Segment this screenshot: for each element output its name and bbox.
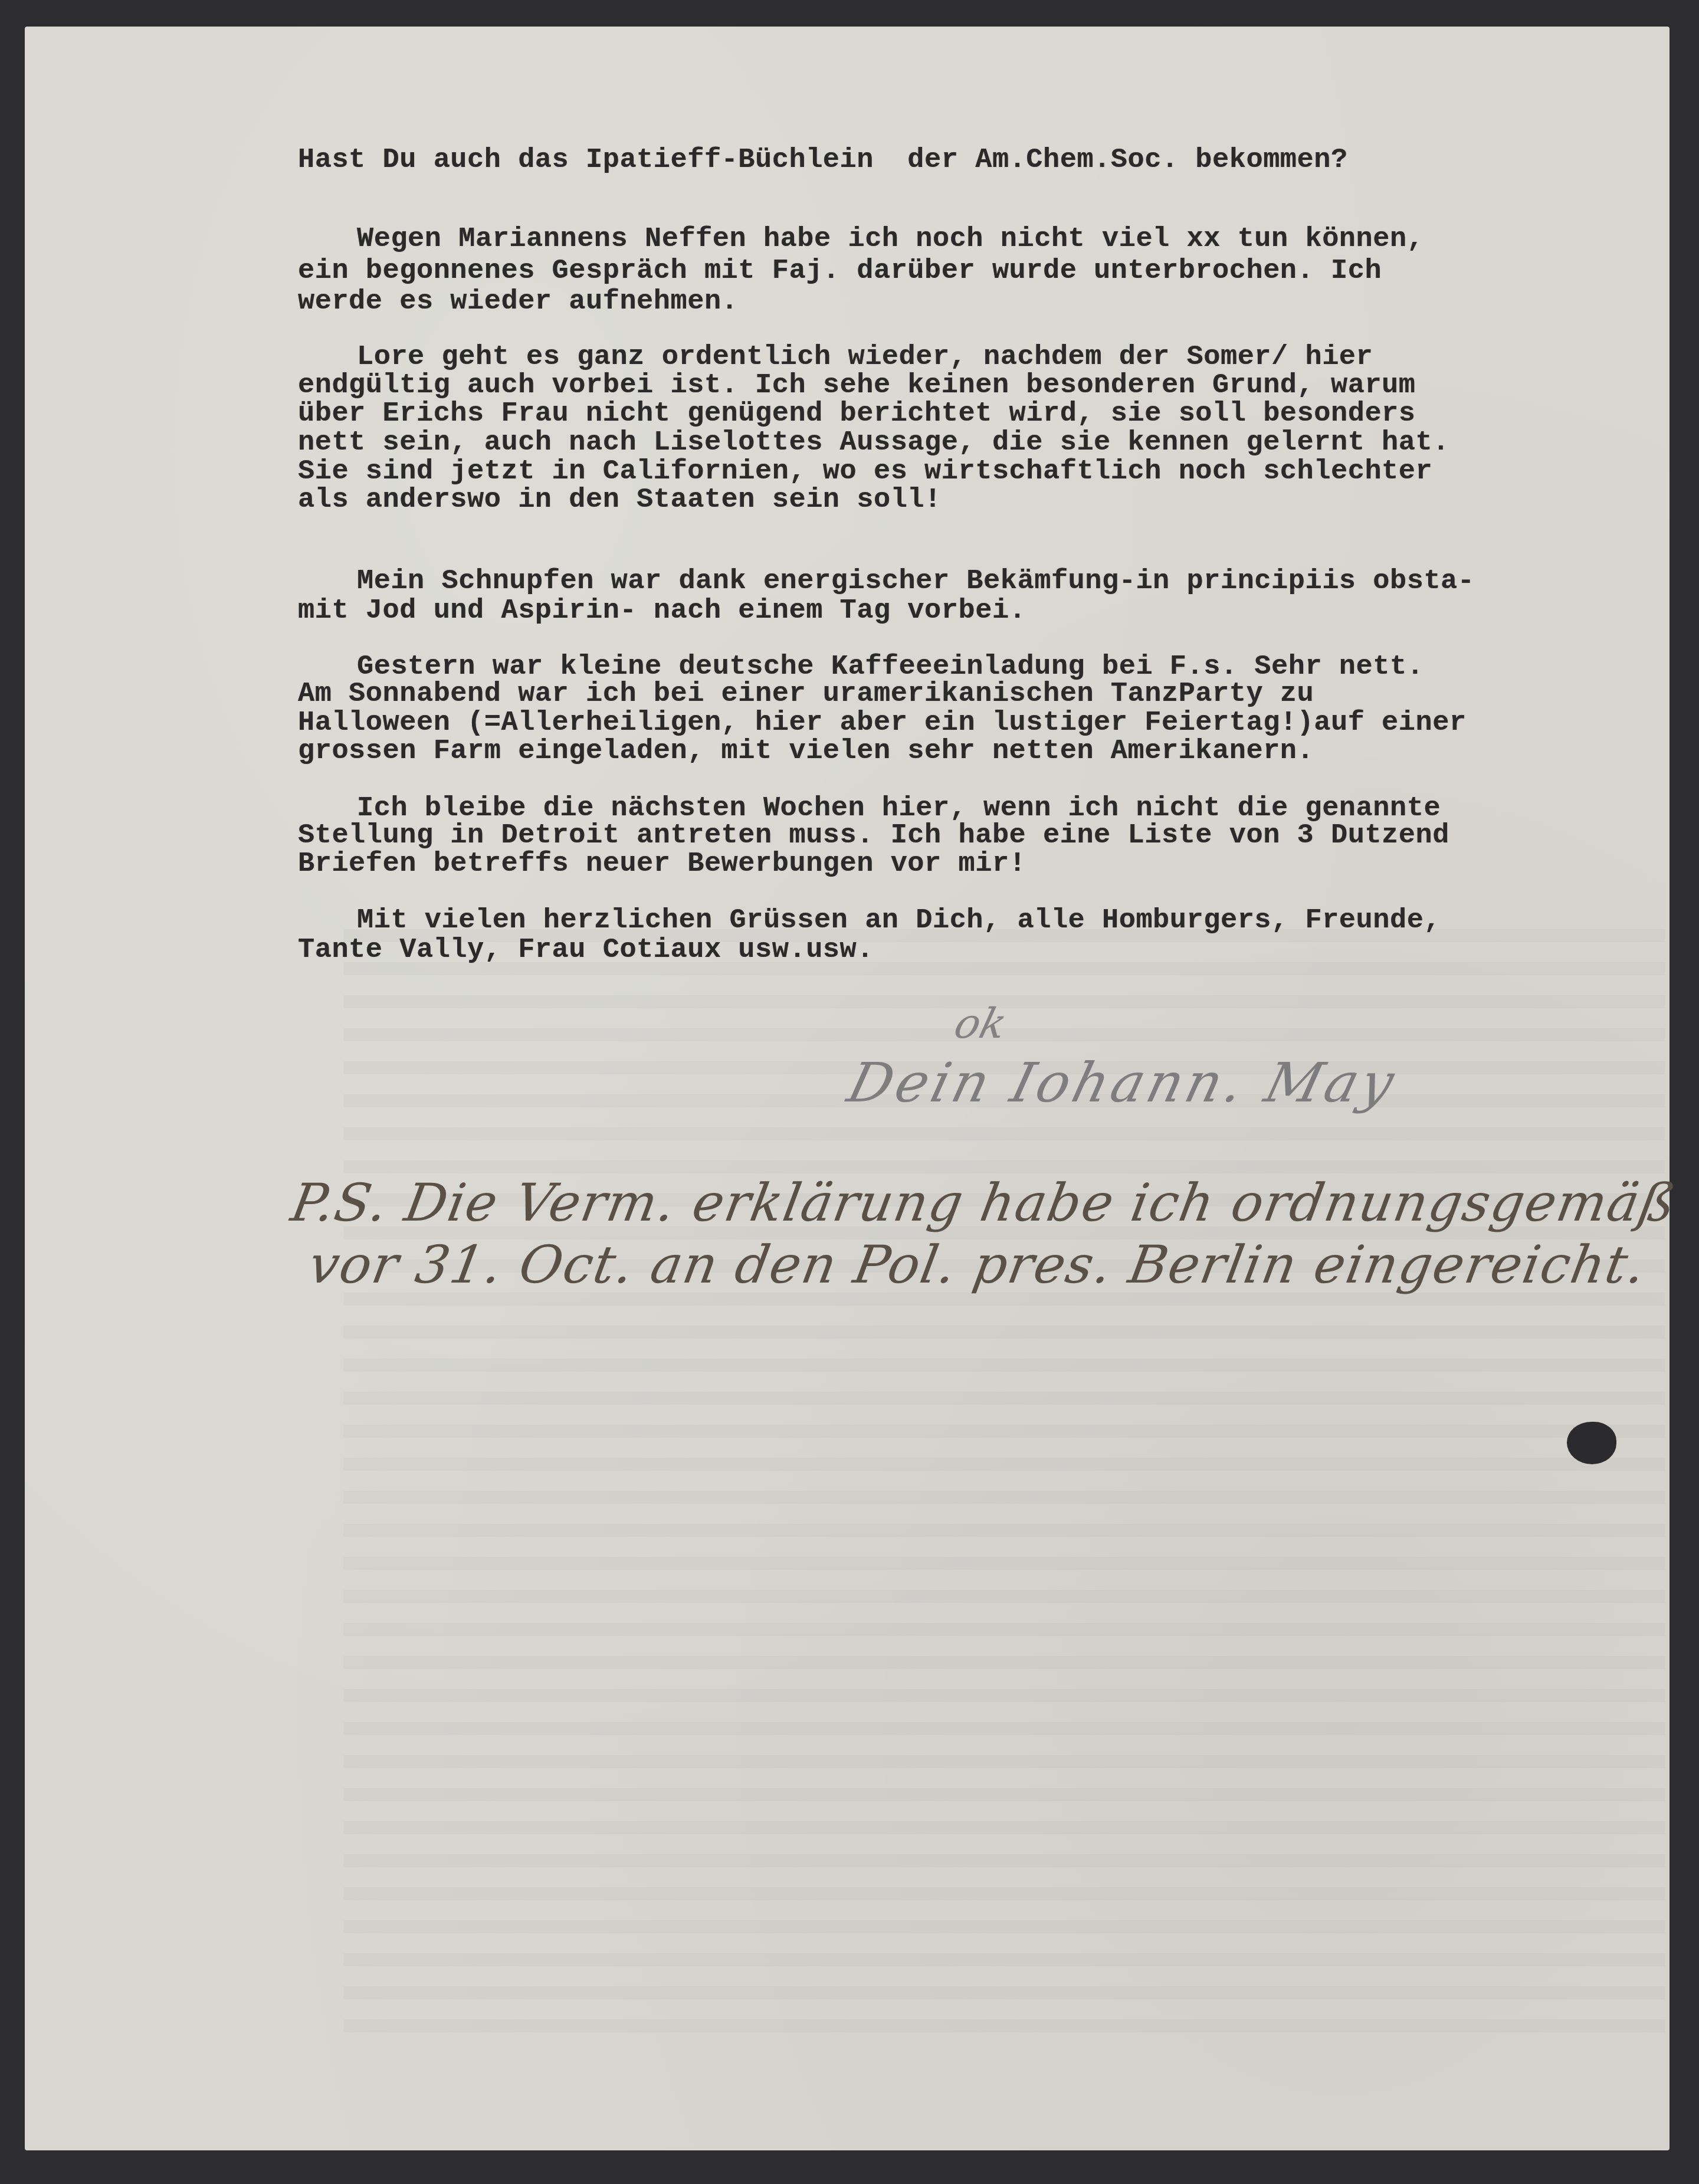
typed-line: grossen Farm eingeladen, mit vielen sehr… xyxy=(298,737,1314,765)
typed-line: Halloween (=Allerheiligen, hier aber ein… xyxy=(298,709,1467,737)
typed-line: Ich bleibe die nächsten Wochen hier, wen… xyxy=(357,795,1441,822)
typed-line: Gestern war kleine deutsche Kaffeeeinlad… xyxy=(357,653,1424,681)
typed-line: Wegen Mariannens Neffen habe ich noch ni… xyxy=(357,225,1424,253)
typed-line: Stellung in Detroit antreten muss. Ich h… xyxy=(298,822,1449,850)
typed-line: Am Sonnabend war ich bei einer uramerika… xyxy=(298,680,1314,708)
typed-line: Lore geht es ganz ordentlich wieder, nac… xyxy=(357,343,1373,371)
typed-line: ein begonnenes Gespräch mit Faj. darüber… xyxy=(298,257,1382,285)
postscript-line-1: P.S. Die Verm. erklärung habe ich ordnun… xyxy=(287,1177,1680,1229)
typed-line: nett sein, auch nach Liselottes Aussage,… xyxy=(298,429,1449,457)
typed-line: über Erichs Frau nicht genügend berichte… xyxy=(298,400,1416,428)
typed-line: als anderswo in den Staaten sein soll! xyxy=(298,486,942,514)
typed-line: Hast Du auch das Ipatieff-Büchlein der A… xyxy=(298,146,1348,174)
hole-punch xyxy=(1567,1422,1616,1464)
pencil-annotation-mark: ok xyxy=(950,1003,1011,1044)
typed-line: Sie sind jetzt in Californien, wo es wir… xyxy=(298,458,1432,486)
typed-line: werde es wieder aufnehmen. xyxy=(298,288,738,316)
typed-line: Briefen betreffs neuer Bewerbungen vor m… xyxy=(298,850,1026,878)
typed-line: endgültig auch vorbei ist. Ich sehe kein… xyxy=(298,372,1416,399)
typed-line: Mein Schnupfen war dank energischer Bekä… xyxy=(357,568,1475,595)
typed-line: Tante Vally, Frau Cotiaux usw.usw. xyxy=(298,936,874,964)
typed-line: mit Jod und Aspirin- nach einem Tag vorb… xyxy=(298,597,1026,625)
postscript-line-2: vor 31. Oct. an den Pol. pres. Berlin ei… xyxy=(305,1239,1650,1291)
handwritten-signature: Dein Iohann. May xyxy=(843,1056,1403,1110)
typed-line: Mit vielen herzlichen Grüssen an Dich, a… xyxy=(357,907,1441,934)
